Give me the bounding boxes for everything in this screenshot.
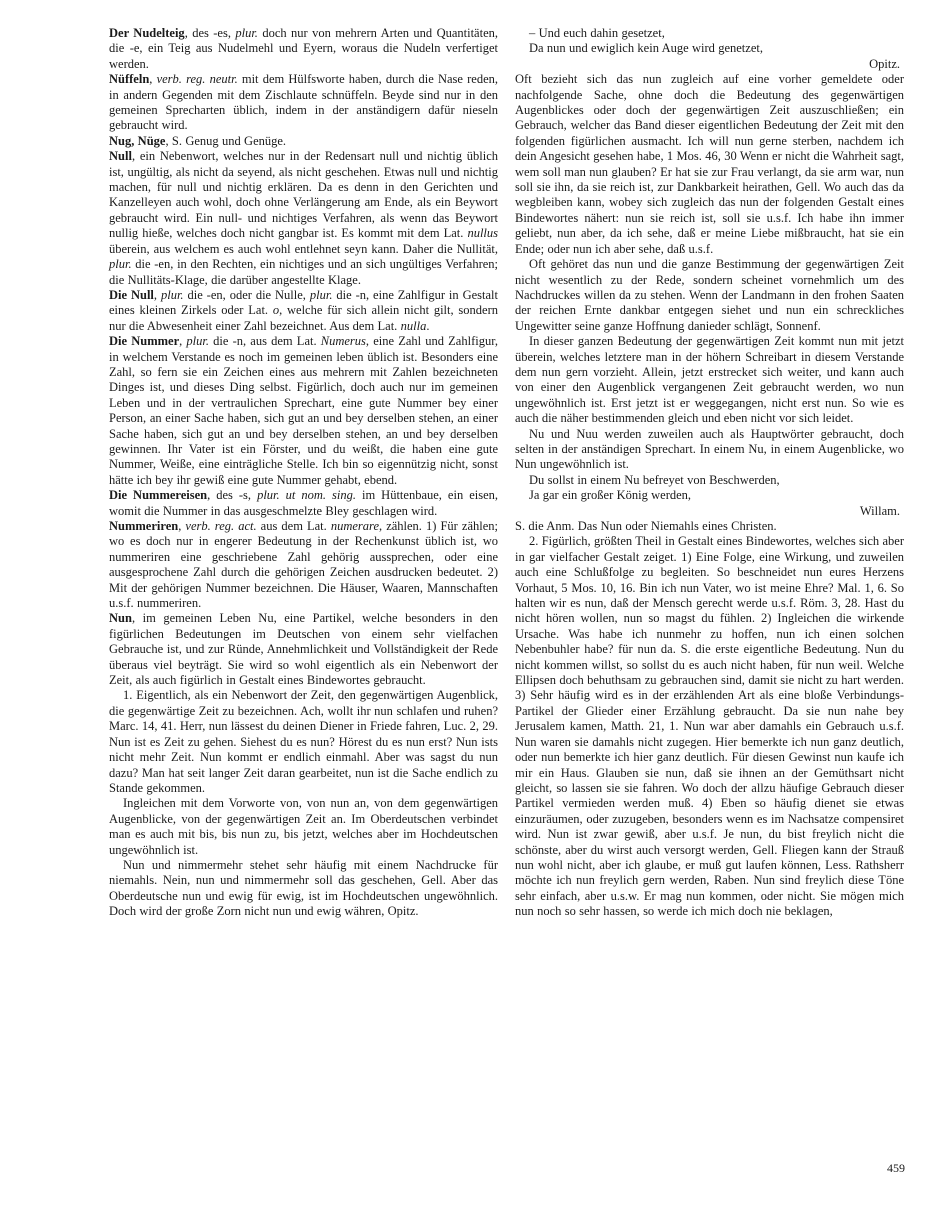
dictionary-entry: Nun, im gemeinen Leben Nu, eine Partikel… (109, 611, 498, 688)
paragraph: 1. Eigentlich, als ein Nebenwort der Zei… (109, 688, 498, 796)
headword: Nüffeln (109, 72, 149, 86)
body-text: Willam. (860, 504, 900, 518)
body-text: , (154, 288, 161, 302)
paragraph: In dieser ganzen Bedeutung der gegenwärt… (515, 334, 904, 426)
dictionary-entry: Nüffeln, verb. reg. neutr. mit dem Hülfs… (109, 72, 498, 134)
grammar-term: plur. ut nom. sing. (257, 488, 356, 502)
body-text: Oft bezieht sich das nun zugleich auf ei… (515, 72, 904, 255)
body-text: – Und euch dahin gesetzet, (529, 26, 665, 40)
paragraph: Oft gehöret das nun und die ganze Bestim… (515, 257, 904, 334)
paragraph: Oft bezieht sich das nun zugleich auf ei… (515, 72, 904, 257)
body-text: die -en, in den Rechten, ein nichtiges u… (109, 257, 498, 286)
right-column: – Und euch dahin gesetzet,Da nun und ewi… (515, 26, 904, 920)
body-text: Oft gehöret das nun und die ganze Bestim… (515, 257, 904, 333)
dictionary-entry: Die Nummer, plur. die -n, aus dem Lat. N… (109, 334, 498, 488)
paragraph: Ingleichen mit dem Vorworte von, von nun… (109, 796, 498, 858)
body-text: 1. Eigentlich, als ein Nebenwort der Zei… (109, 688, 498, 794)
grammar-term: nulla (401, 319, 427, 333)
body-text: , S. Genug und Genüge. (165, 134, 286, 148)
dictionary-entry: Nug, Nüge, S. Genug und Genüge. (109, 134, 498, 149)
grammar-term: plur. (186, 334, 209, 348)
body-text: , des -es, (185, 26, 236, 40)
body-text: Ingleichen mit dem Vorworte von, von nun… (109, 796, 498, 856)
grammar-term: plur. (161, 288, 184, 302)
body-text: In dieser ganzen Bedeutung der gegenwärt… (515, 334, 904, 425)
body-text: Nun und nimmermehr stehet sehr häufig mi… (109, 858, 498, 918)
grammar-term: plur. (235, 26, 258, 40)
dictionary-entry: Null, ein Nebenwort, welches nur in der … (109, 149, 498, 288)
poem-line: – Und euch dahin gesetzet, (515, 26, 904, 41)
headword: Nun (109, 611, 132, 625)
poem-line: Ja gar ein großer König werden, (515, 488, 904, 503)
poem-line: Du sollst in einem Nu befreyet von Besch… (515, 473, 904, 488)
quote-attribution: Opitz. (515, 57, 904, 72)
headword: Nummeriren (109, 519, 178, 533)
body-text: die -n, aus dem Lat. (209, 334, 321, 348)
body-text: , ein Nebenwort, welches nur in der Rede… (109, 149, 498, 240)
dictionary-entry: Der Nudelteig, des -es, plur. doch nur v… (109, 26, 498, 72)
body-text: , im gemeinen Leben Nu, eine Partikel, w… (109, 611, 498, 687)
left-column: Der Nudelteig, des -es, plur. doch nur v… (109, 26, 498, 920)
paragraph: Nun und nimmermehr stehet sehr häufig mi… (109, 858, 498, 920)
paragraph: 2. Figürlich, größten Theil in Gestalt e… (515, 534, 904, 919)
headword: Die Nummereisen (109, 488, 207, 502)
page-number: 459 (887, 1161, 905, 1175)
grammar-term: plur. (310, 288, 333, 302)
dictionary-entry: Die Null, plur. die -en, oder die Nulle,… (109, 288, 498, 334)
dictionary-entry: Die Nummereisen, des -s, plur. ut nom. s… (109, 488, 498, 519)
body-text: überein, aus welchem es auch wohl entleh… (109, 242, 498, 256)
body-text: Opitz. (869, 57, 900, 71)
body-text: , des -s, (207, 488, 257, 502)
grammar-term: verb. reg. neutr. (157, 72, 238, 86)
body-text: Du sollst in einem Nu befreyet von Besch… (529, 473, 780, 487)
body-text: aus dem Lat. (257, 519, 331, 533)
grammar-term: nullus (467, 226, 498, 240)
grammar-term: Numerus (321, 334, 366, 348)
headword: Nug, Nüge (109, 134, 165, 148)
body-text: die -en, oder die Nulle, (184, 288, 310, 302)
body-text: 2. Figürlich, größten Theil in Gestalt e… (515, 534, 904, 918)
body-text: , eine Zahl und Zahlfigur, in welchem Ve… (109, 334, 498, 487)
body-text: S. die Anm. Das Nun oder Niemahls eines … (515, 519, 777, 533)
body-text: Nu und Nuu werden zuweilen auch als Haup… (515, 427, 904, 472)
body-text: . (426, 319, 429, 333)
body-text: Ja gar ein großer König werden, (529, 488, 691, 502)
headword: Null (109, 149, 132, 163)
headword: Die Nummer (109, 334, 179, 348)
dictionary-page: Der Nudelteig, des -es, plur. doch nur v… (0, 0, 935, 920)
headword: Der Nudelteig (109, 26, 185, 40)
grammar-term: verb. reg. act. (185, 519, 256, 533)
body-text: , (149, 72, 156, 86)
body-text: Da nun und ewiglich kein Auge wird genet… (529, 41, 763, 55)
paragraph: S. die Anm. Das Nun oder Niemahls eines … (515, 519, 904, 534)
grammar-term: numerare (331, 519, 379, 533)
grammar-term: plur. (109, 257, 132, 271)
dictionary-entry: Nummeriren, verb. reg. act. aus dem Lat.… (109, 519, 498, 611)
quote-attribution: Willam. (515, 504, 904, 519)
headword: Die Null (109, 288, 154, 302)
paragraph: Nu und Nuu werden zuweilen auch als Haup… (515, 427, 904, 473)
poem-line: Da nun und ewiglich kein Auge wird genet… (515, 41, 904, 56)
